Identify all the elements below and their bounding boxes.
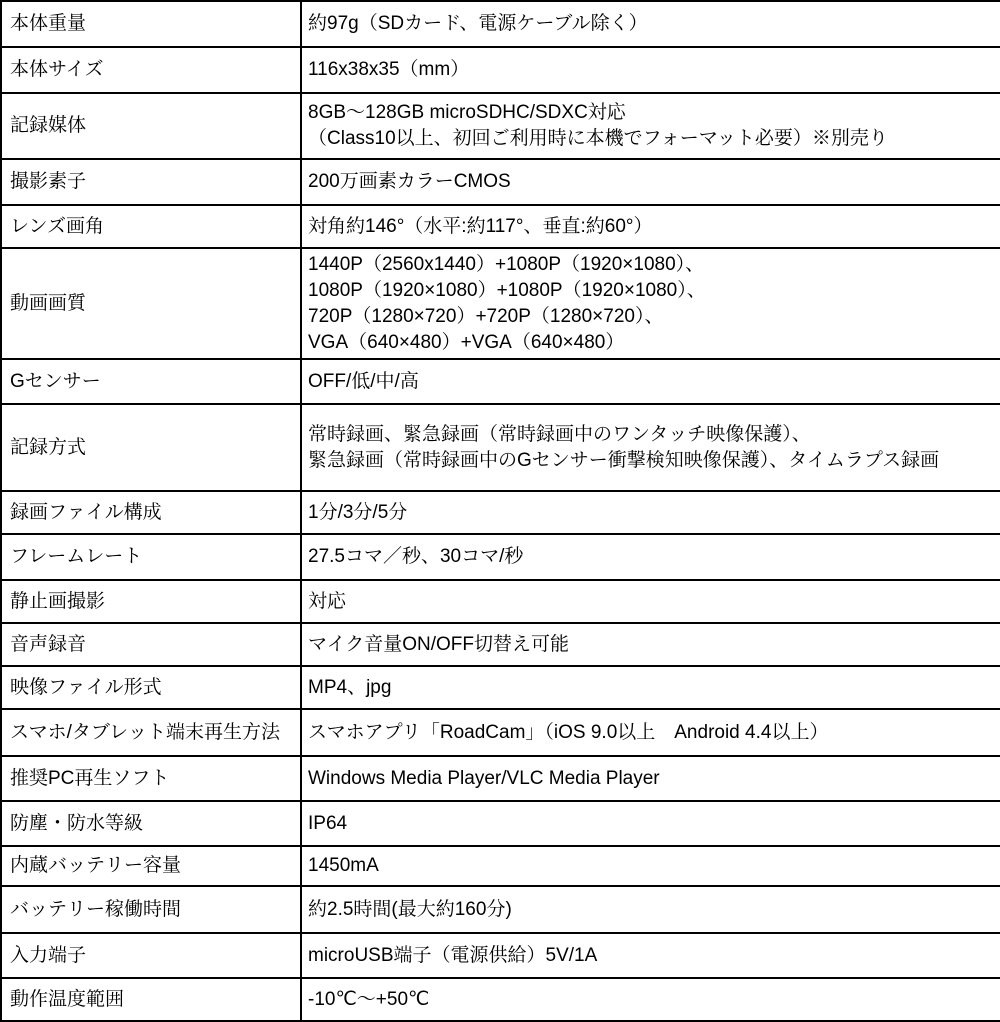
spec-value: 1440P（2560x1440）+1080P（1920×1080）、 1080P… <box>301 248 1000 359</box>
spec-value: MP4、jpg <box>301 666 1000 709</box>
spec-value: 1分/3分/5分 <box>301 491 1000 534</box>
spec-row: 本体サイズ 116x38x35（mm） <box>1 47 1000 93</box>
spec-label: 撮影素子 <box>1 159 301 205</box>
spec-value: 約2.5時間(最大約160分) <box>301 886 1000 933</box>
spec-value: 対応 <box>301 580 1000 623</box>
spec-row: 音声録音 マイク音量ON/OFF切替え可能 <box>1 623 1000 666</box>
spec-value: IP64 <box>301 801 1000 846</box>
spec-value: Windows Media Player/VLC Media Player <box>301 756 1000 801</box>
spec-row: 本体重量 約97g（SDカード、電源ケーブル除く） <box>1 1 1000 47</box>
spec-value: 1450mA <box>301 846 1000 886</box>
spec-table: 本体重量 約97g（SDカード、電源ケーブル除く） 本体サイズ 116x38x3… <box>0 0 1000 1022</box>
spec-label: 静止画撮影 <box>1 580 301 623</box>
spec-label: 防塵・防水等級 <box>1 801 301 846</box>
spec-row: 静止画撮影 対応 <box>1 580 1000 623</box>
spec-label: 内蔵バッテリー容量 <box>1 846 301 886</box>
spec-row: 動画画質 1440P（2560x1440）+1080P（1920×1080）、 … <box>1 248 1000 359</box>
spec-label: スマホ/タブレット端末再生方法 <box>1 709 301 756</box>
spec-value: スマホアプリ「RoadCam」（iOS 9.0以上 Android 4.4以上） <box>301 709 1000 756</box>
spec-value: 約97g（SDカード、電源ケーブル除く） <box>301 1 1000 47</box>
spec-value: 対角約146°（水平:約117°、垂直:約60°） <box>301 205 1000 248</box>
spec-label: 本体重量 <box>1 1 301 47</box>
spec-label: 録画ファイル構成 <box>1 491 301 534</box>
spec-label: バッテリー稼働時間 <box>1 886 301 933</box>
spec-value: マイク音量ON/OFF切替え可能 <box>301 623 1000 666</box>
spec-label: 入力端子 <box>1 933 301 978</box>
spec-label: 動作温度範囲 <box>1 978 301 1021</box>
spec-row: Gセンサー OFF/低/中/高 <box>1 359 1000 404</box>
spec-row: 内蔵バッテリー容量 1450mA <box>1 846 1000 886</box>
spec-row: 記録媒体 8GB～128GB microSDHC/SDXC対応 （Class10… <box>1 93 1000 159</box>
spec-label: 映像ファイル形式 <box>1 666 301 709</box>
spec-value: microUSB端子（電源供給）5V/1A <box>301 933 1000 978</box>
spec-value: OFF/低/中/高 <box>301 359 1000 404</box>
spec-value: 8GB～128GB microSDHC/SDXC対応 （Class10以上、初回… <box>301 93 1000 159</box>
spec-value: 200万画素カラーCMOS <box>301 159 1000 205</box>
spec-value: 常時録画、緊急録画（常時録画中のワンタッチ映像保護）、 緊急録画（常時録画中のG… <box>301 404 1000 491</box>
spec-row: 記録方式 常時録画、緊急録画（常時録画中のワンタッチ映像保護）、 緊急録画（常時… <box>1 404 1000 491</box>
spec-label: レンズ画角 <box>1 205 301 248</box>
spec-label: 記録媒体 <box>1 93 301 159</box>
spec-row: 防塵・防水等級 IP64 <box>1 801 1000 846</box>
spec-label: 記録方式 <box>1 404 301 491</box>
spec-label: Gセンサー <box>1 359 301 404</box>
spec-label: 音声録音 <box>1 623 301 666</box>
spec-row: 撮影素子 200万画素カラーCMOS <box>1 159 1000 205</box>
spec-label: 推奨PC再生ソフト <box>1 756 301 801</box>
spec-label: フレームレート <box>1 534 301 580</box>
spec-label: 本体サイズ <box>1 47 301 93</box>
spec-row: 映像ファイル形式 MP4、jpg <box>1 666 1000 709</box>
spec-value: -10℃～+50℃ <box>301 978 1000 1021</box>
spec-label: 動画画質 <box>1 248 301 359</box>
spec-row: スマホ/タブレット端末再生方法 スマホアプリ「RoadCam」（iOS 9.0以… <box>1 709 1000 756</box>
spec-value: 116x38x35（mm） <box>301 47 1000 93</box>
spec-row: レンズ画角 対角約146°（水平:約117°、垂直:約60°） <box>1 205 1000 248</box>
spec-row: 動作温度範囲 -10℃～+50℃ <box>1 978 1000 1021</box>
spec-row: フレームレート 27.5コマ／秒、30コマ/秒 <box>1 534 1000 580</box>
spec-row: 推奨PC再生ソフト Windows Media Player/VLC Media… <box>1 756 1000 801</box>
spec-row: 入力端子 microUSB端子（電源供給）5V/1A <box>1 933 1000 978</box>
spec-row: バッテリー稼働時間 約2.5時間(最大約160分) <box>1 886 1000 933</box>
spec-value: 27.5コマ／秒、30コマ/秒 <box>301 534 1000 580</box>
spec-row: 録画ファイル構成 1分/3分/5分 <box>1 491 1000 534</box>
